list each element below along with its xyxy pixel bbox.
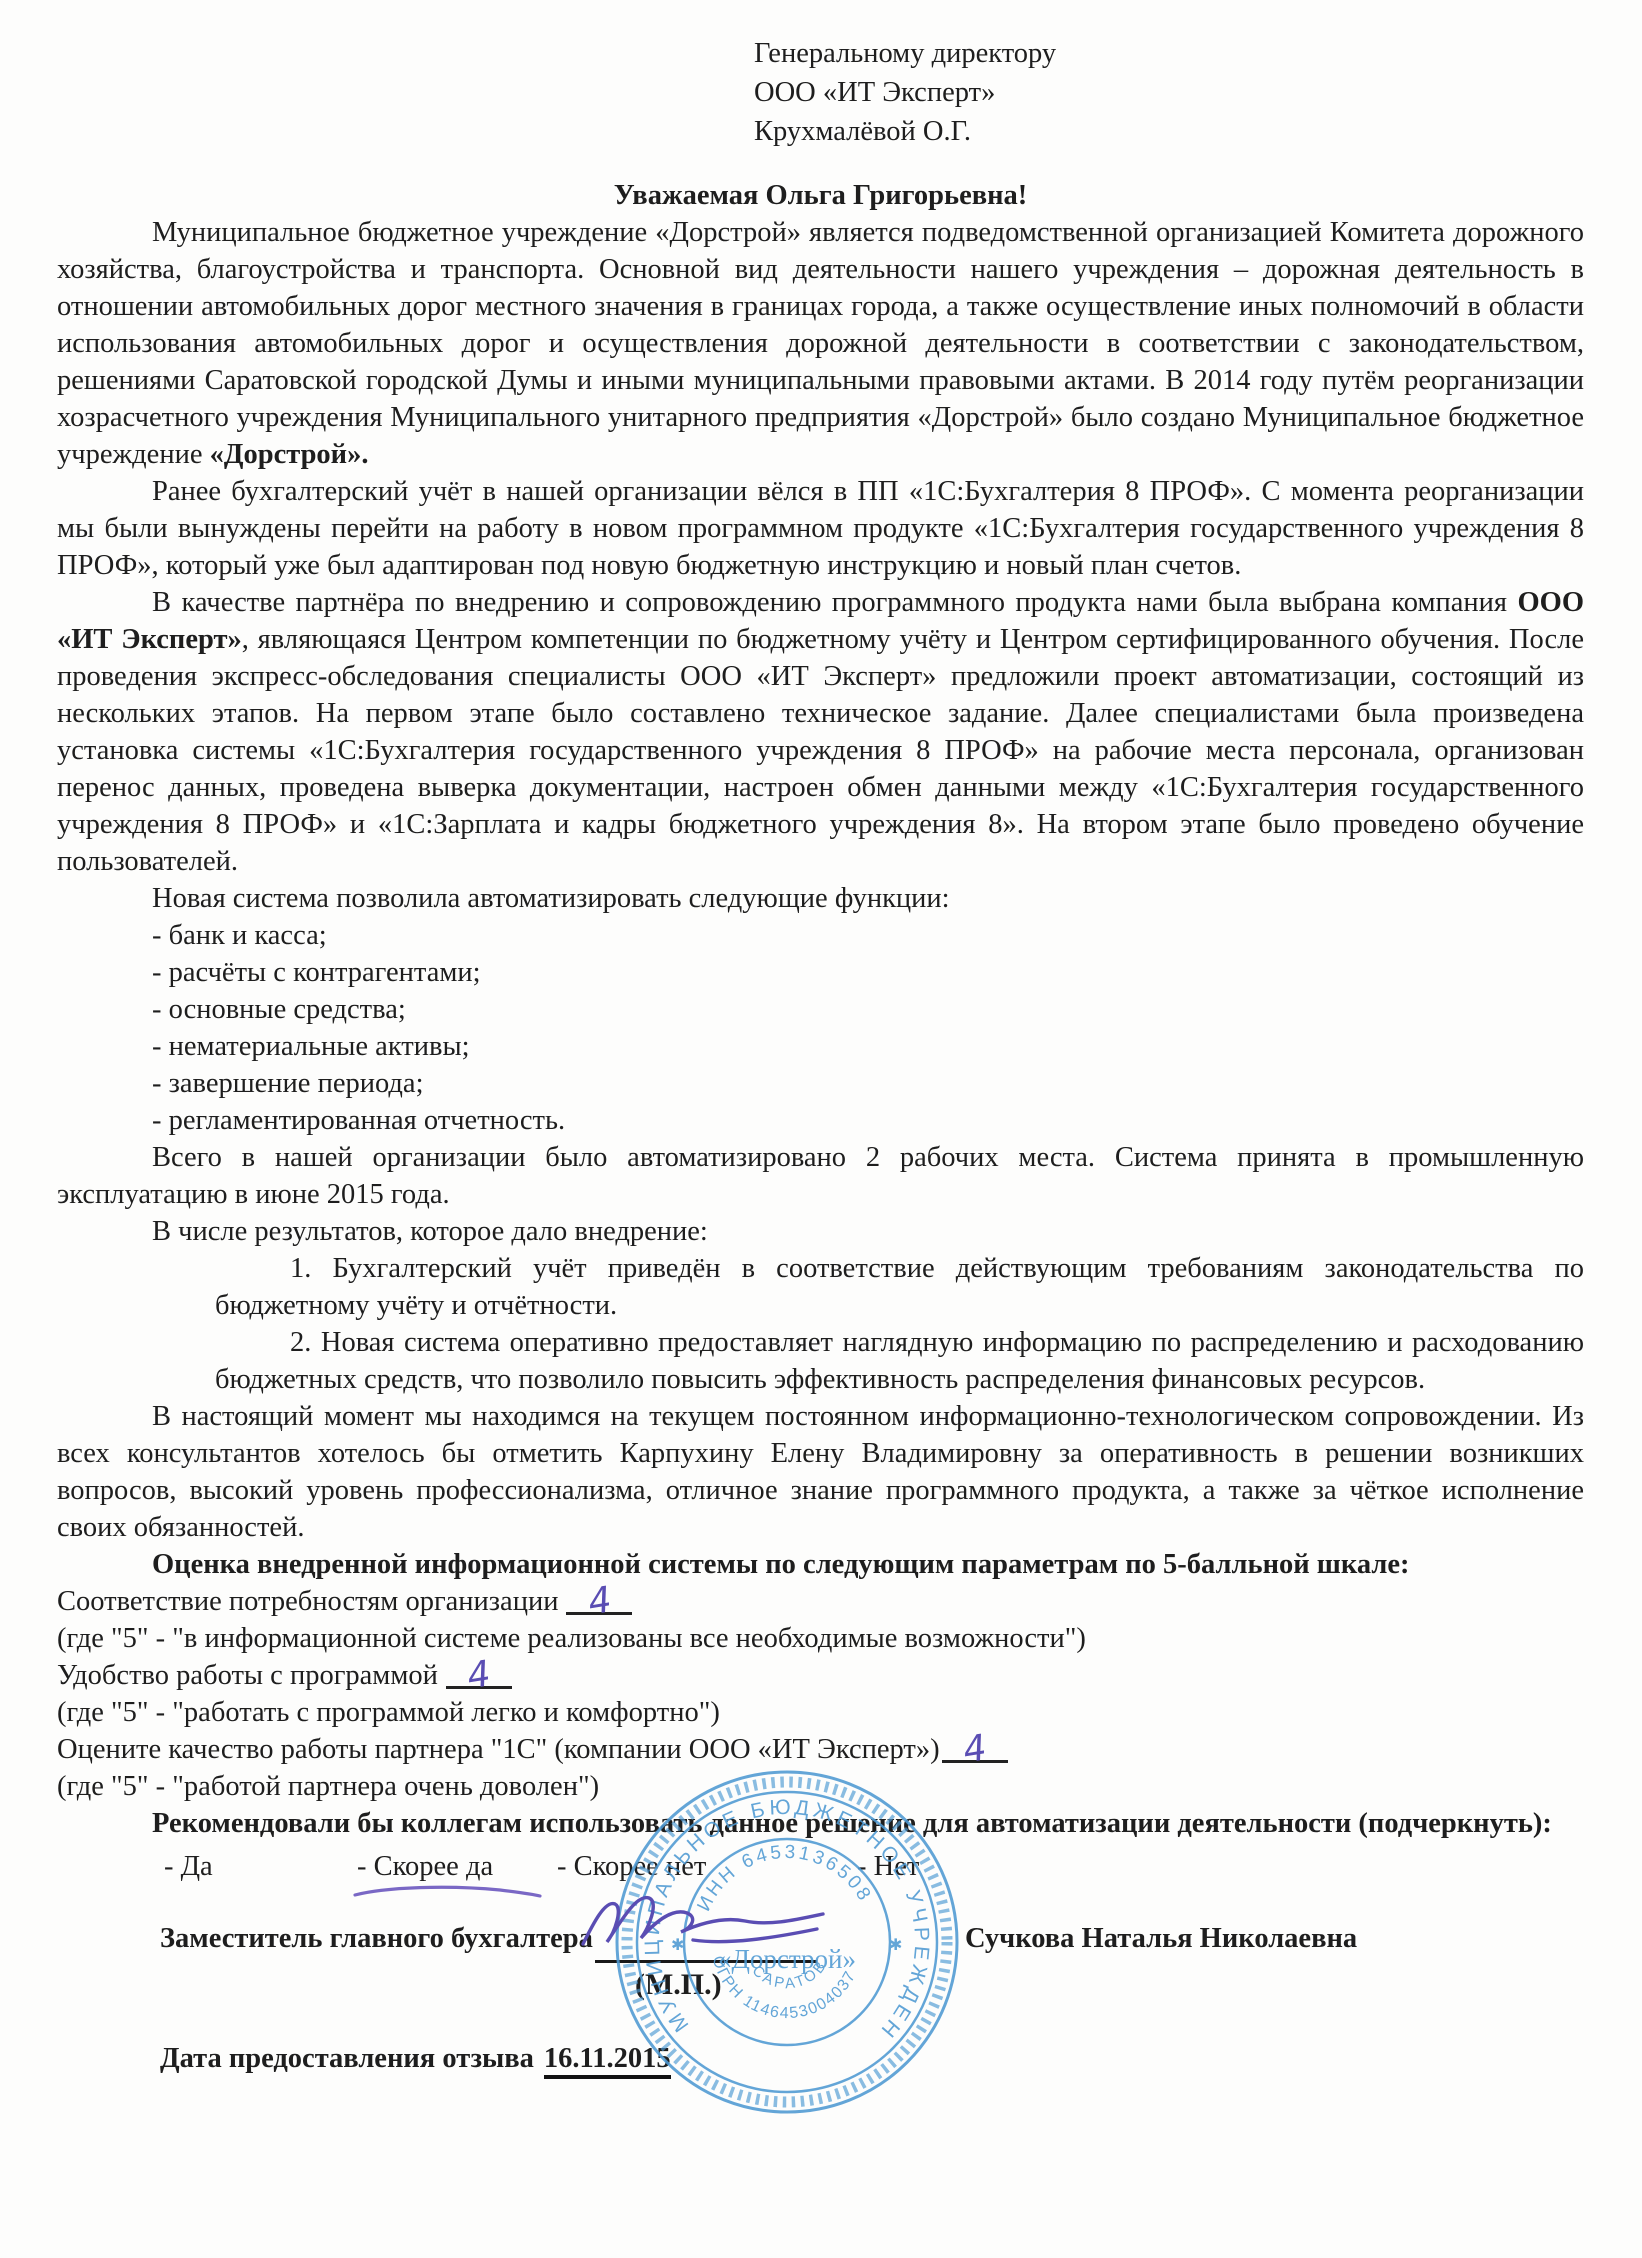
rating-label: Оцените качество работы партнера "1С" (к… bbox=[57, 1734, 940, 1765]
rating-blank-line: 4 bbox=[446, 1663, 512, 1689]
rating-label: Соответствие потребностям организации bbox=[57, 1586, 558, 1617]
svg-text:ОГРН 1146453004037: ОГРН 1146453004037 bbox=[709, 1954, 860, 2022]
paragraph-about-org: Муниципальное бюджетное учреждение «Дорс… bbox=[57, 214, 1584, 473]
recipient-line: Крухмалёвой О.Г. bbox=[754, 112, 1584, 151]
recommend-question: Рекомендовали бы коллегам использовать д… bbox=[57, 1805, 1584, 1842]
stamp-inn-text: ИНН 6453136508 bbox=[694, 1842, 876, 1915]
svg-text:ИНН 6453136508: ИНН 6453136508 bbox=[694, 1842, 876, 1915]
rating-note-1: (где "5" - "в информационной системе реа… bbox=[57, 1620, 1584, 1657]
option-no: - Нет bbox=[857, 1848, 919, 1885]
recipient-line: Генеральному директору bbox=[754, 34, 1584, 73]
stamp-place-label: (М.П.) bbox=[635, 1966, 722, 2003]
function-list-item: - регламентированная отчетность. bbox=[152, 1102, 1584, 1139]
option-yes: - Да bbox=[164, 1848, 213, 1885]
rating-note-2: (где "5" - "работать с программой легко … bbox=[57, 1694, 1584, 1731]
function-list-item: - завершение периода; bbox=[152, 1065, 1584, 1102]
paragraph-workplaces: Всего в нашей организации было автоматиз… bbox=[57, 1139, 1584, 1213]
date-row: Дата предоставления отзыва16.11.2015 bbox=[160, 2040, 671, 2077]
scanned-letter-page: Генеральному директору ООО «ИТ Эксперт» … bbox=[0, 0, 1642, 2258]
rating-blank-line: 4 bbox=[566, 1589, 632, 1615]
rating-line-1: Соответствие потребностям организации4 bbox=[57, 1583, 1584, 1620]
date-value: 16.11.2015 bbox=[544, 2043, 671, 2079]
result-item: 1. Бухгалтерский учёт приведён в соответ… bbox=[215, 1250, 1584, 1324]
paragraph-support: В настоящий момент мы находимся на текущ… bbox=[57, 1398, 1584, 1546]
rating-line-2: Удобство работы с программой4 bbox=[57, 1657, 1584, 1694]
paragraph-text: , являющаяся Центром компетенции по бюдж… bbox=[57, 624, 1584, 877]
paragraph-previous-software: Ранее бухгалтерский учёт в нашей организ… bbox=[57, 473, 1584, 584]
rating-line-3: Оцените качество работы партнера "1С" (к… bbox=[57, 1731, 1584, 1768]
pen-underline-selected-option bbox=[350, 1884, 546, 1902]
date-label: Дата предоставления отзыва bbox=[160, 2043, 534, 2074]
salutation: Уважаемая Ольга Григорьевна! bbox=[57, 177, 1584, 214]
recipient-block: Генеральному директору ООО «ИТ Эксперт» … bbox=[754, 34, 1584, 151]
handwritten-signature bbox=[573, 1882, 843, 1968]
stamp-center-text: «Дорстрой» bbox=[718, 1944, 856, 1974]
handwritten-score: 4 bbox=[962, 1738, 988, 1761]
handwritten-score: 4 bbox=[587, 1590, 613, 1613]
paragraph-text: Муниципальное бюджетное учреждение «Дорс… bbox=[57, 217, 1584, 470]
paragraph-partner: В качестве партнёра по внедрению и сопро… bbox=[57, 584, 1584, 880]
function-list-item: - нематериальные активы; bbox=[152, 1028, 1584, 1065]
signer-title: Заместитель главного бухгалтера bbox=[160, 1920, 593, 1957]
functions-intro: Новая система позволила автоматизировать… bbox=[57, 880, 1584, 917]
paragraph-text: В качестве партнёра по внедрению и сопро… bbox=[152, 587, 1517, 618]
rating-heading: Оценка внедренной информационной системы… bbox=[57, 1546, 1584, 1583]
option-rather-yes: - Скорее да bbox=[357, 1848, 493, 1885]
results-intro: В числе результатов, которое дало внедре… bbox=[57, 1213, 1584, 1250]
function-list-item: - банк и касса; bbox=[152, 917, 1584, 954]
stamp-star-icon: ✱ bbox=[889, 1937, 902, 1954]
rating-label: Удобство работы с программой bbox=[57, 1660, 438, 1691]
stamp-ogrn-text: ОГРН 1146453004037 bbox=[709, 1954, 860, 2022]
option-rather-no: - Скорее нет bbox=[557, 1848, 706, 1885]
rating-blank-line: 4 bbox=[942, 1737, 1008, 1763]
recipient-line: ООО «ИТ Эксперт» bbox=[754, 73, 1584, 112]
paragraph-bold-text: «Дорстрой». bbox=[210, 439, 369, 470]
result-item: 2. Новая система оперативно предоставляе… bbox=[215, 1324, 1584, 1398]
function-list-item: - основные средства; bbox=[152, 991, 1584, 1028]
signature-line bbox=[595, 1960, 817, 1963]
rating-note-3: (где "5" - "работой партнера очень довол… bbox=[57, 1768, 1584, 1805]
stamp-star-icon: ✱ bbox=[671, 1937, 684, 1954]
signature-section: - Да - Скорее да - Скорее нет - Нет Заме… bbox=[57, 1848, 1584, 2148]
handwritten-score: 4 bbox=[466, 1664, 492, 1687]
signer-name: Сучкова Наталья Николаевна bbox=[965, 1920, 1357, 1957]
function-list-item: - расчёты с контрагентами; bbox=[152, 954, 1584, 991]
